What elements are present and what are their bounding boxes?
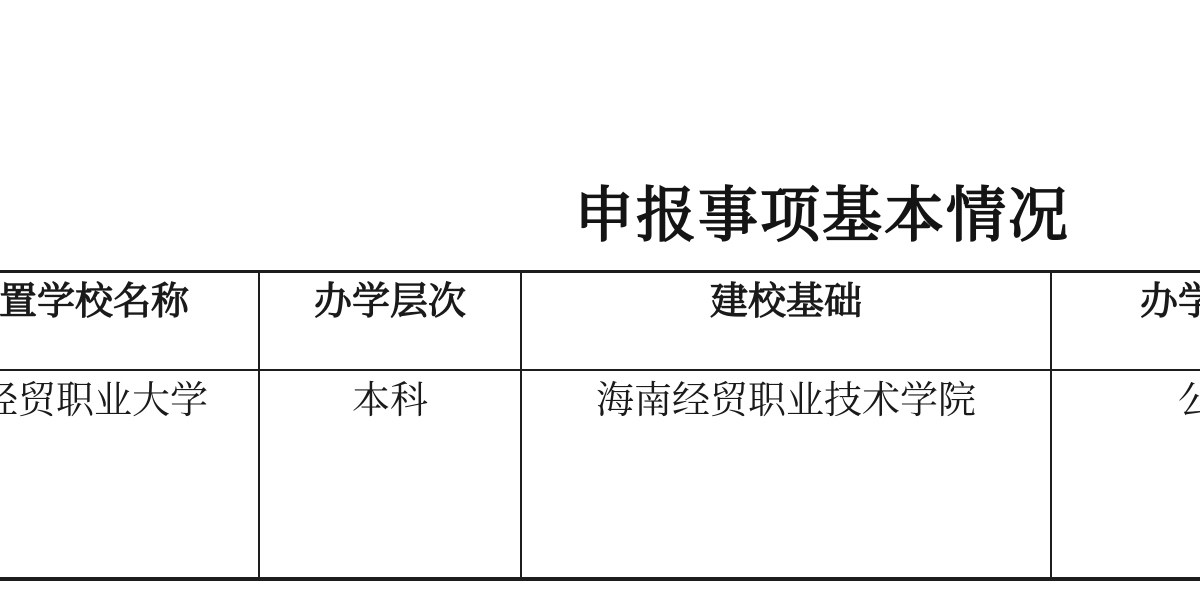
header-cell-education-level: 办学层次 bbox=[259, 272, 521, 370]
cell-school-nature: 公办 bbox=[1051, 370, 1200, 579]
header-row: 拟设置学校名称 办学层次 建校基础 办学性质 bbox=[0, 272, 1200, 370]
basic-info-table: 拟设置学校名称 办学层次 建校基础 办学性质 海南经贸职业大学 本科 海南经贸职… bbox=[0, 270, 1200, 581]
cell-proposed-school-name: 海南经贸职业大学 bbox=[0, 370, 259, 579]
table-row: 海南经贸职业大学 本科 海南经贸职业技术学院 公办 bbox=[0, 370, 1200, 579]
header-cell-school-nature: 办学性质 bbox=[1051, 272, 1200, 370]
header-cell-proposed-school-name: 拟设置学校名称 bbox=[0, 272, 259, 370]
cell-education-level: 本科 bbox=[259, 370, 521, 579]
document-title: 申报事项基本情况 bbox=[574, 186, 1070, 246]
header-cell-founding-basis: 建校基础 bbox=[521, 272, 1051, 370]
document-page: 申报事项基本情况 拟设置学校名称 办学层次 建校基础 办学性质 海南经贸职业大学… bbox=[0, 0, 1200, 600]
cell-founding-basis: 海南经贸职业技术学院 bbox=[521, 370, 1051, 579]
